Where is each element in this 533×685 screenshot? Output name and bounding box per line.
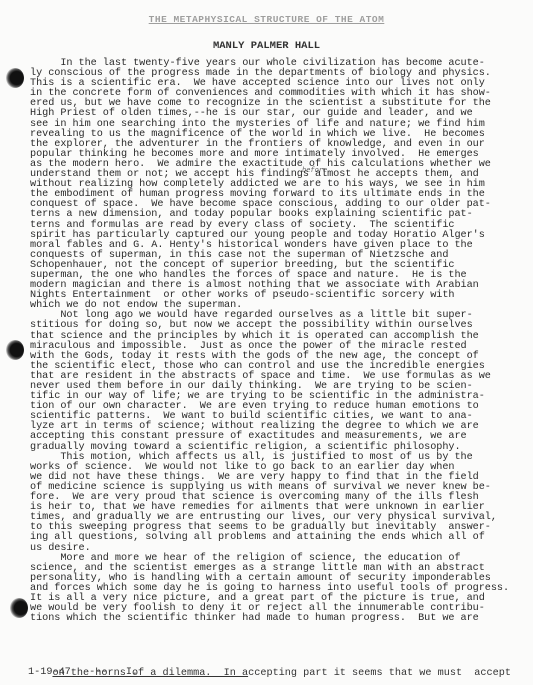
page-date-number: 1-19-47 --- I.: [28, 667, 138, 678]
text-line: ing all questions, solving all problems …: [30, 533, 525, 543]
text-line: terns a new dimension, and today popular…: [30, 210, 525, 220]
document-header-title: THE METAPHYSICAL STRUCTURE OF THE ATOM: [0, 14, 533, 25]
text-line: tions which the scientific thinker had m…: [30, 614, 525, 624]
author-name: MANLY PALMER HALL: [0, 40, 533, 52]
document-body: In the last twenty-five years our whole …: [30, 59, 525, 624]
hole-punch-bottom: [10, 598, 28, 618]
last-line-rest: ccepting part it seems that we must acce…: [248, 668, 511, 679]
hole-punch-middle: [6, 340, 24, 360]
hole-punch-top: [6, 68, 24, 88]
typewritten-page: THE METAPHYSICAL STRUCTURE OF THE ATOM M…: [0, 0, 533, 685]
